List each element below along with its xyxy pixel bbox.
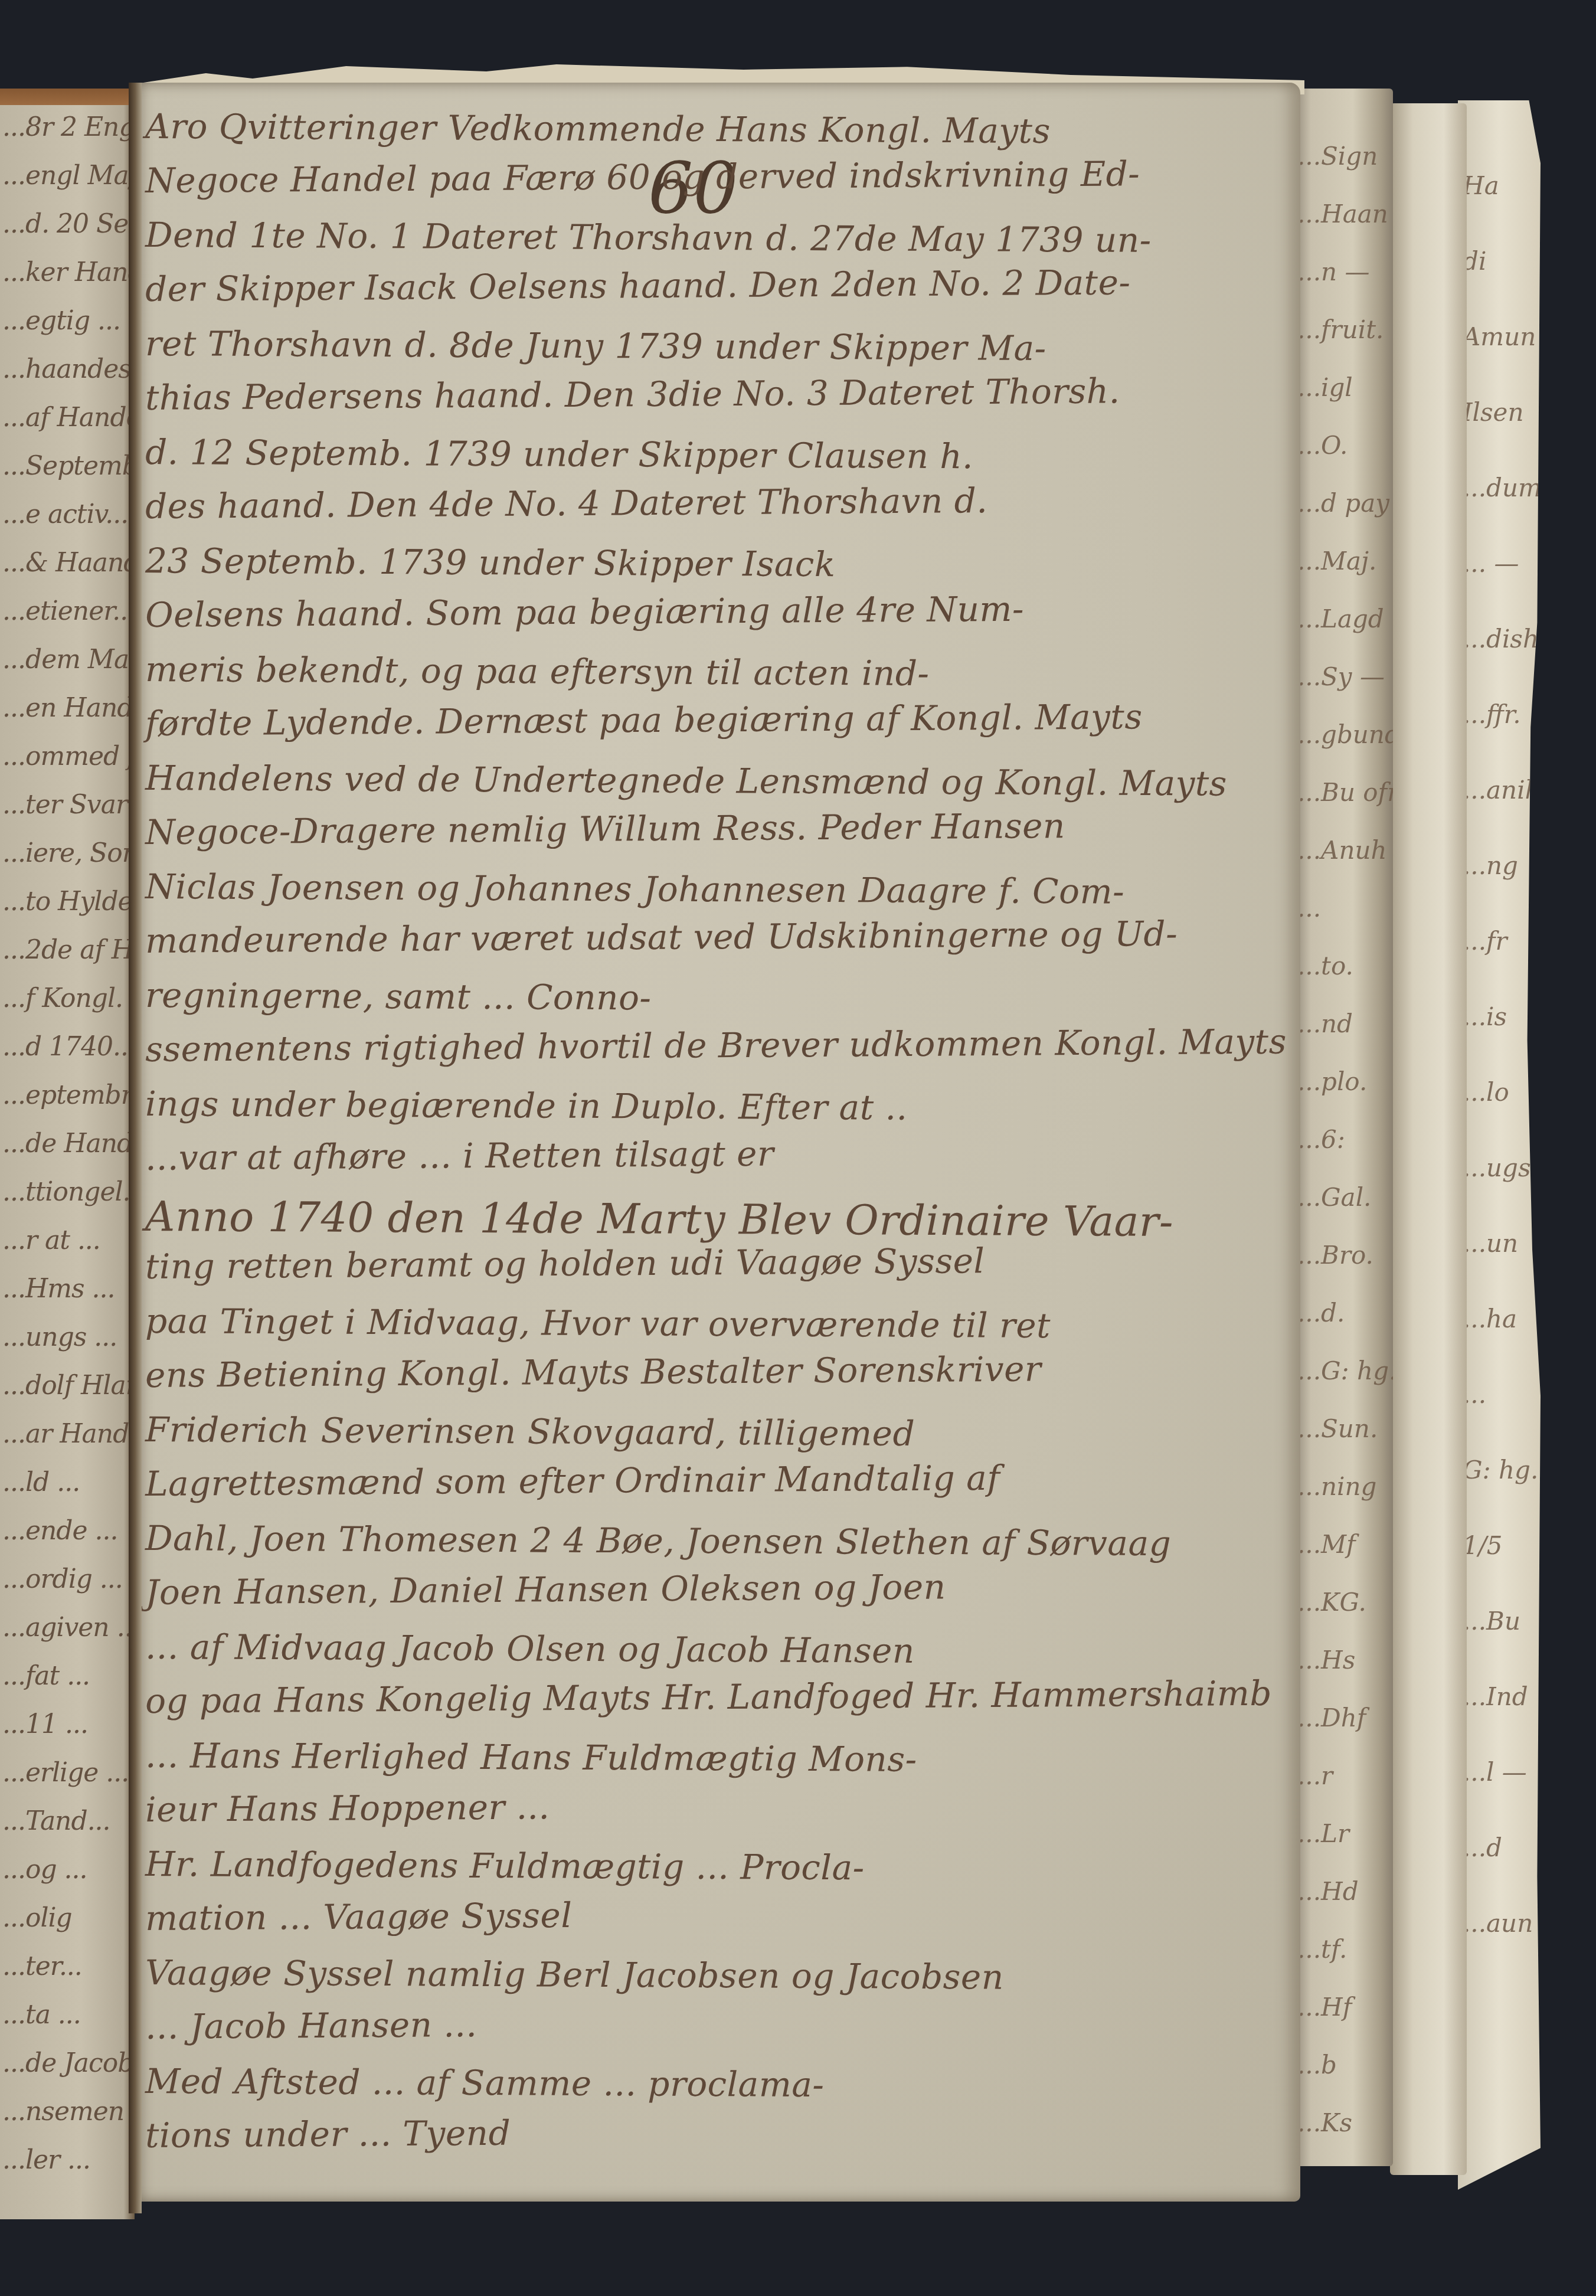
manuscript-line: ...agiven ... [2, 1613, 132, 1643]
manuscript-line: ...Hms ... [2, 1274, 132, 1304]
manuscript-line: Oelsens haand. Som paa begiæring alle 4r… [145, 587, 1290, 635]
manuscript-line: Ha [1463, 171, 1499, 200]
manuscript-line: 23 Septemb. 1739 under Skipper Isack [145, 541, 1290, 587]
manuscript-line: ...Gal. [1297, 1183, 1371, 1212]
manuscript-line: ...ler ... [2, 2145, 132, 2175]
manuscript-line: ... Hans Herlighed Hans Fuldmægtig Mons- [145, 1735, 1290, 1781]
manuscript-line: ...d [1463, 1833, 1502, 1862]
manuscript-line: ... Jacob Hansen ... [145, 1999, 1290, 2047]
binding-spine [0, 89, 135, 105]
manuscript-line: ...6: [1297, 1125, 1345, 1154]
manuscript-line: ... [1297, 894, 1321, 923]
manuscript-line: mation ... Vaagøe Syssel [145, 1890, 1290, 1938]
manuscript-line: ...KG. [1297, 1588, 1366, 1617]
manuscript-line: ...ng [1463, 851, 1518, 880]
manuscript-line: ...etiener... [2, 596, 132, 626]
book-gutter [129, 83, 142, 2213]
manuscript-line: ...G: hg. [1297, 1356, 1393, 1385]
manuscript-line: Vaagøe Syssel namlig Berl Jacobsen og Ja… [145, 1952, 1290, 1999]
manuscript-line: ...Maj. [1297, 547, 1376, 575]
manuscript-line: ...ha [1463, 1304, 1517, 1333]
manuscript-line: ...en Hand... [2, 693, 132, 723]
manuscript-line: ...dishn [1463, 624, 1541, 653]
manuscript-line: ...fruit. [1297, 315, 1384, 344]
manuscript-line: ...Hd [1297, 1877, 1359, 1906]
manuscript-line: ...Lagd [1297, 604, 1384, 633]
manuscript-line: ...dolf Hlan.. [2, 1371, 132, 1401]
manuscript-line: ings under begiærende in Duplo. Efter at… [145, 1084, 1290, 1130]
manuscript-line: ...Haan [1297, 199, 1388, 228]
manuscript-line: ...n — [1297, 257, 1369, 286]
manuscript-line: mandeurende har været udsat ved Udskibni… [145, 912, 1290, 961]
manuscript-line: ...Sign [1297, 142, 1378, 171]
manuscript-line: ... af Midvaag Jacob Olsen og Jacob Hans… [145, 1627, 1290, 1673]
manuscript-line: Anno 1740 den 14de Marty Blev Ordinaire … [145, 1192, 1290, 1247]
manuscript-line: Lagrettesmænd som efter Ordinair Mandtal… [145, 1456, 1290, 1504]
manuscript-line: ...ende ... [2, 1516, 132, 1546]
manuscript-line: paa Tinget i Midvaag, Hvor var overværen… [145, 1301, 1290, 1347]
manuscript-line: ...d. [1297, 1299, 1345, 1327]
manuscript-line: ...af Hande... [2, 403, 132, 433]
manuscript-line: ...d. 20 Sept. [2, 209, 132, 239]
manuscript-line: ...ommed for [2, 741, 132, 771]
manuscript-line: ...to. [1297, 951, 1353, 980]
manuscript-line: ...O. [1297, 431, 1348, 460]
manuscript-line: ...erlige ... [2, 1758, 132, 1788]
manuscript-line: ...anih [1463, 776, 1541, 804]
manuscript-line: d. 12 Septemb. 1739 under Skipper Clause… [145, 432, 1290, 478]
manuscript-line: ...Hs [1297, 1646, 1355, 1674]
manuscript-line: Niclas Joensen og Johannes Johannesen Da… [145, 866, 1290, 912]
manuscript-line: ...is [1463, 1002, 1507, 1031]
manuscript-line: ...eptembr.. [2, 1080, 132, 1110]
manuscript-line: ...e activ... [2, 499, 132, 529]
manuscript-line: ...d pay [1297, 489, 1389, 518]
manuscript-line: Hr. Landfogedens Fuldmægtig ... Procla- [145, 1844, 1290, 1890]
manuscript-line: ...var at afhøre ... i Retten tilsagt er [145, 1130, 1290, 1178]
manuscript-line: ...Ks [1297, 2108, 1352, 2137]
manuscript-line: ...Hf [1297, 1993, 1352, 2022]
manuscript-line: ting retten beramt og holden udi Vaagøe … [145, 1238, 1290, 1287]
manuscript-line: ...Dhf [1297, 1703, 1366, 1732]
manuscript-line: Dahl, Joen Thomesen 2 4 Bøe, Joensen Sle… [145, 1518, 1290, 1564]
manuscript-line: ...olig [2, 1903, 132, 1933]
manuscript-line: Med Aftsted ... af Samme ... proclama- [145, 2061, 1290, 2107]
manuscript-line: ... — [1463, 549, 1519, 578]
manuscript-line: ...ordig ... [2, 1564, 132, 1594]
manuscript-line: der Skipper Isack Oelsens haand. Den 2de… [145, 261, 1290, 309]
manuscript-line: ...l — [1463, 1758, 1527, 1787]
manuscript-line: ...de Hand... [2, 1129, 132, 1159]
manuscript-scan: ...8r 2 Engh......engl Mayt...d. 20 Sept… [0, 0, 1596, 2296]
manuscript-line: ...to Hylder... [2, 887, 132, 917]
manuscript-line: ...haandes [2, 354, 132, 384]
manuscript-line: førdte Lydende. Dernæst paa begiæring af… [145, 695, 1290, 744]
manuscript-line: Negoce-Dragere nemlig Willum Ress. Peder… [145, 804, 1290, 852]
back-page-strip: HadiAmunIlsen...dum... —...dishn...ffr..… [1458, 100, 1541, 2190]
manuscript-line: ...nsemen [2, 2097, 132, 2127]
manuscript-line: ...8r 2 Engh... [2, 112, 132, 142]
manuscript-line: ens Betiening Kongl. Mayts Bestalter Sor… [145, 1347, 1290, 1395]
manuscript-line: ssementens rigtighed hvortil de Brever u… [145, 1021, 1290, 1069]
manuscript-line: ...ning [1297, 1472, 1376, 1501]
manuscript-line: ...ugs [1463, 1153, 1531, 1182]
manuscript-line: ...engl Mayt [2, 161, 132, 191]
manuscript-line: ...og ... [2, 1855, 132, 1885]
manuscript-line: 1/5 [1463, 1531, 1503, 1560]
manuscript-line: ...tf. [1297, 1935, 1347, 1964]
manuscript-line: ...ker Hande... [2, 257, 132, 287]
manuscript-line: og paa Hans Kongelig Mayts Hr. Landfoged… [145, 1673, 1290, 1721]
manuscript-line: ...Sy — [1297, 662, 1385, 691]
manuscript-line: ...ttiongel... [2, 1177, 132, 1207]
manuscript-line: ...egtig ... [2, 306, 132, 336]
folded-page-strip: ...Sign...Haan...n —...fruit....igl...O.… [1293, 89, 1393, 2166]
manuscript-line: ...Bro. [1297, 1241, 1373, 1270]
main-page: 60 Aro Qvitteringer Vedkommende Hans Kon… [135, 83, 1300, 2202]
manuscript-line: ...nd [1297, 1009, 1353, 1038]
manuscript-line: ...& Haand [2, 548, 132, 578]
manuscript-line: ...Tand... [2, 1806, 132, 1836]
manuscript-line: ...lo [1463, 1078, 1509, 1107]
manuscript-line: ...ld ... [2, 1467, 132, 1497]
manuscript-line: des haand. Den 4de No. 4 Dateret Thorsha… [145, 478, 1290, 526]
manuscript-line: ...dum [1463, 473, 1541, 502]
manuscript-line: Ilsen [1463, 398, 1523, 427]
manuscript-line: ...ter Svare... [2, 790, 132, 820]
manuscript-line: ...11 ... [2, 1709, 132, 1739]
manuscript-line: ...ter... [2, 1951, 132, 1981]
manuscript-line: regningerne, samt ... Conno- [145, 975, 1290, 1021]
manuscript-line: ...fat ... [2, 1661, 132, 1691]
manuscript-line: ...Bu ofr. [1297, 778, 1393, 807]
manuscript-line: ...ffr. [1463, 700, 1521, 729]
manuscript-line: thias Pedersens haand. Den 3die No. 3 Da… [145, 369, 1290, 418]
manuscript-line: ...Anuh [1297, 836, 1387, 865]
manuscript-line: Joen Hansen, Daniel Hansen Oleksen og Jo… [145, 1564, 1290, 1613]
manuscript-line: ...Septemb... [2, 451, 132, 481]
manuscript-line: ...Bu [1463, 1607, 1520, 1636]
manuscript-line: ...plo. [1297, 1067, 1367, 1096]
manuscript-line: Handelens ved de Undertegnede Lensmænd o… [145, 758, 1290, 804]
manuscript-line: ...ar Hand. [2, 1419, 132, 1449]
manuscript-line: ...ungs ... [2, 1322, 132, 1352]
left-page-fragment: ...8r 2 Engh......engl Mayt...d. 20 Sept… [0, 89, 135, 2219]
manuscript-line: ...aun [1463, 1909, 1533, 1938]
manuscript-line: Dend 1te No. 1 Dateret Thorshavn d. 27de… [145, 215, 1290, 261]
manuscript-line: ...igl [1297, 373, 1353, 402]
manuscript-line: ...Ind [1463, 1682, 1528, 1711]
manuscript-line: ...Mf [1297, 1530, 1356, 1559]
manuscript-line: Amun [1463, 322, 1536, 351]
manuscript-line: ...r at ... [2, 1225, 132, 1255]
manuscript-line: ...f Kongl. [2, 983, 132, 1013]
manuscript-line: ...iere, Som [2, 838, 132, 868]
manuscript-line: ...de Jacob... [2, 2048, 132, 2078]
manuscript-line: tions under ... Tyend [145, 2107, 1290, 2156]
manuscript-line: ieur Hans Hoppener ... [145, 1781, 1290, 1830]
manuscript-line: Aro Qvitteringer Vedkommende Hans Kongl.… [145, 106, 1290, 152]
manuscript-line: ...r [1297, 1761, 1333, 1790]
manuscript-line: ...2de af Hy... [2, 935, 132, 965]
middle-page-strip [1390, 103, 1467, 2175]
manuscript-line: Friderich Severinsen Skovgaard, tilligem… [145, 1409, 1290, 1456]
manuscript-line: ...Sun. [1297, 1414, 1378, 1443]
manuscript-line: ...d 1740... [2, 1032, 132, 1062]
manuscript-line: Negoce Handel paa Færø 60 og derved inds… [145, 152, 1290, 201]
manuscript-line: ...fr [1463, 927, 1507, 956]
manuscript-line: ret Thorshavn d. 8de Juny 1739 under Ski… [145, 323, 1290, 369]
manuscript-line: ...un [1463, 1229, 1518, 1258]
manuscript-line: ...Lr [1297, 1819, 1349, 1848]
manuscript-line: ...gbunden [1297, 720, 1393, 749]
manuscript-line: ...ta ... [2, 2000, 132, 2030]
manuscript-line: ...b [1297, 2050, 1337, 2079]
manuscript-line: meris bekendt, og paa eftersyn til acten… [145, 649, 1290, 695]
manuscript-line: ...dem Mag [2, 645, 132, 675]
manuscript-line: G: hg. [1463, 1456, 1538, 1484]
